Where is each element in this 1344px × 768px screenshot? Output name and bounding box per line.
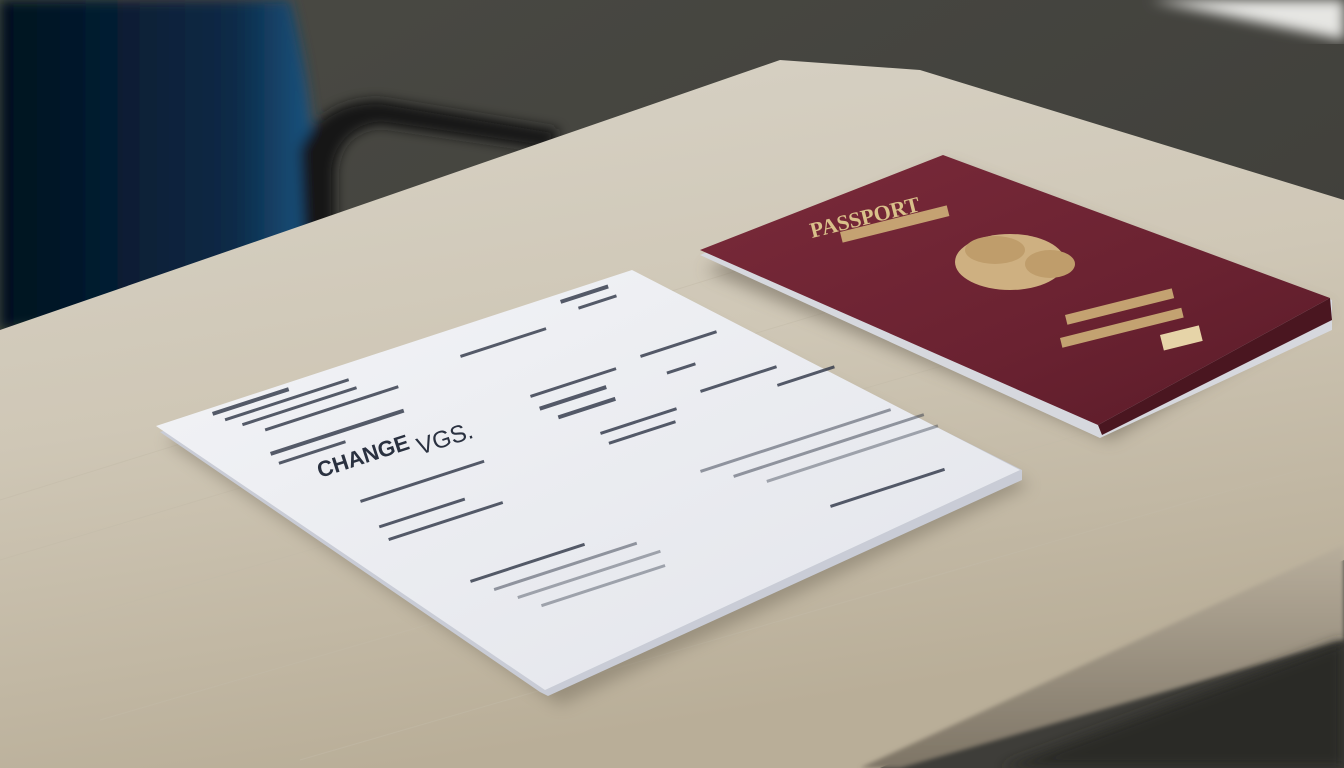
photo-scene: CHANGE VGS. PASSPORT [0,0,1344,768]
scene-drawing: CHANGE VGS. PASSPORT [0,0,1344,768]
